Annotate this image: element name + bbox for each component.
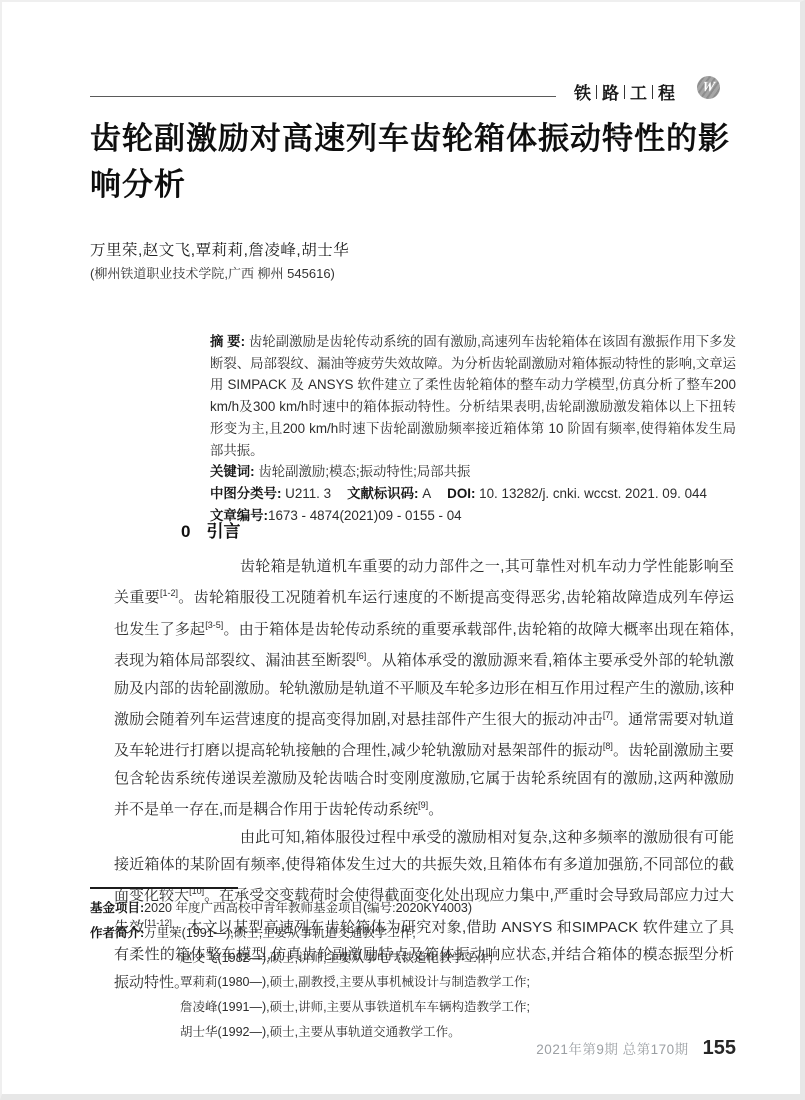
doi-label: DOI: <box>447 486 475 501</box>
bio-line: 作者简介:万里荣(1991—),硕士,主要从事轨道交通教学工作; <box>90 921 752 946</box>
journal-name: 铁路工程 <box>574 79 675 104</box>
section-title: 引言 <box>206 522 240 541</box>
clc-label: 中图分类号: <box>210 486 281 501</box>
fund-line: 基金项目:2020 年度广西高校中青年教师基金项目(编号:2020KY4003) <box>90 896 752 921</box>
journal-logo-icon: W <box>697 76 720 99</box>
journal-name-separator <box>652 85 653 99</box>
body-paragraph: 齿轮箱是轨道机车重要的动力部件之一,其可靠性对机车动力学性能影响至关重要[1-2… <box>114 553 734 824</box>
journal-name-char: 程 <box>658 79 675 104</box>
abstract-paragraph: 摘 要: 齿轮副激励是齿轮传动系统的固有激励,高速列车齿轮箱体在该固有激振作用下… <box>210 331 736 461</box>
bio-line: 覃莉莉(1980—),硕士,副教授,主要从事机械设计与制造教学工作; <box>90 970 752 995</box>
affiliation-line: (柳州铁道职业技术学院,广西 柳州 545616) <box>90 263 335 282</box>
bio-text: 万里荣(1991—),硕士,主要从事轨道交通教学工作; <box>144 926 416 940</box>
bio-line: 赵文飞(1982—),硕士,讲师,主要从事电气铁道化教学工作; <box>90 946 752 971</box>
page-number: 155 <box>703 1037 736 1060</box>
journal-name-char: 工 <box>630 79 647 104</box>
issue-info: 2021年第9期 总第170期 <box>536 1038 688 1058</box>
journal-name-separator <box>596 85 597 99</box>
abstract-text: 齿轮副激励是齿轮传动系统的固有激励,高速列车齿轮箱体在该固有激振作用下多发断裂、… <box>210 334 736 458</box>
journal-name-separator <box>624 85 625 99</box>
footnotes-block: 基金项目:2020 年度广西高校中青年教师基金项目(编号:2020KY4003)… <box>90 896 752 1045</box>
page-footer: 2021年第9期 总第170期 155 <box>536 1037 736 1060</box>
section-number: 0 <box>181 522 190 541</box>
paper-title: 齿轮副激励对高速列车齿轮箱体振动特性的影响分析 <box>90 116 740 208</box>
bio-label: 作者简介: <box>90 926 144 940</box>
journal-logo-glyph: W <box>701 81 715 95</box>
paper-page: 铁路工程 W 齿轮副激励对高速列车齿轮箱体振动特性的影响分析 万里荣,赵文飞,覃… <box>0 0 805 1100</box>
fund-text: 2020 年度广西高校中青年教师基金项目(编号:2020KY4003) <box>144 901 472 915</box>
doc-code-label: 文献标识码: <box>347 486 418 501</box>
footnote-divider <box>90 887 238 889</box>
doi-value: 10. 13282/j. cnki. wccst. 2021. 09. 044 <box>479 486 707 501</box>
abstract-label: 摘 要: <box>210 334 245 349</box>
clc-value: U211. 3 <box>285 486 331 501</box>
classification-line: 中图分类号: U211. 3文献标识码: ADOI: 10. 13282/j. … <box>210 483 736 505</box>
fund-label: 基金项目: <box>90 901 144 915</box>
journal-name-char: 路 <box>602 79 619 104</box>
keywords-line: 关键词: 齿轮副激励;模态;振动特性;局部共振 <box>210 461 736 483</box>
keywords-text: 齿轮副激励;模态;振动特性;局部共振 <box>258 464 470 479</box>
article-id-value: 1673 - 4874(2021)09 - 0155 - 04 <box>268 508 462 523</box>
keywords-label: 关键词: <box>210 464 255 479</box>
header-rule <box>90 96 556 97</box>
authors-line: 万里荣,赵文飞,覃莉莉,詹凌峰,胡士华 <box>90 238 349 260</box>
doc-code-value: A <box>422 486 431 501</box>
bio-line: 詹凌峰(1991—),硕士,讲师,主要从事铁道机车车辆构造教学工作; <box>90 995 752 1020</box>
section-heading: 0引言 <box>181 517 240 542</box>
abstract-block: 摘 要: 齿轮副激励是齿轮传动系统的固有激励,高速列车齿轮箱体在该固有激振作用下… <box>210 331 736 526</box>
journal-name-char: 铁 <box>574 79 591 104</box>
article-id-line: 文章编号:1673 - 4874(2021)09 - 0155 - 04 <box>210 505 736 527</box>
